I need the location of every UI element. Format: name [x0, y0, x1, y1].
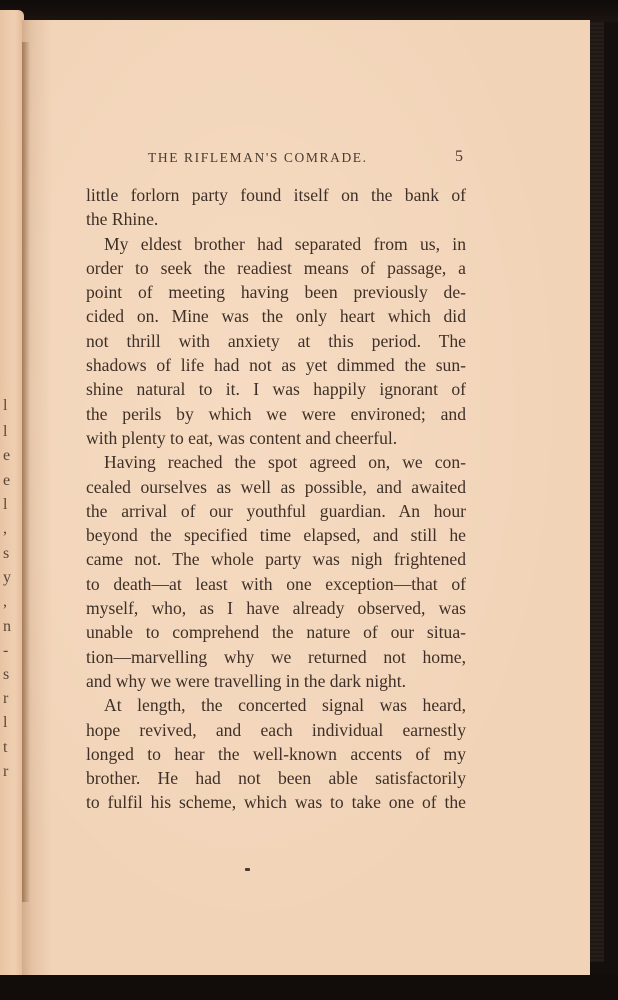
facing-page-glyph: r: [3, 691, 17, 707]
page-number: 5: [455, 148, 463, 166]
text-line: Having reached the spot agreed on, we co…: [86, 450, 466, 474]
text-line: tion—marvelling why we returned not home…: [86, 645, 466, 669]
text-line: beyond the specified time elapsed, and s…: [86, 523, 466, 547]
text-line: hope revived, and each individual earnes…: [86, 718, 466, 742]
text-line: point of meeting having been previously …: [86, 280, 466, 304]
text-line: the Rhine.: [86, 207, 466, 231]
facing-page-glyph: e: [3, 473, 17, 489]
text-line: to death—at least with one exception—tha…: [86, 572, 466, 596]
page-stack-edge: [590, 22, 604, 962]
text-line: myself, who, as I have already observed,…: [86, 596, 466, 620]
text-line: cealed ourselves as well as possible, an…: [86, 475, 466, 499]
background-bottom: [0, 975, 618, 1000]
facing-page-glyph: s: [3, 667, 17, 683]
gutter-shadow: [22, 42, 30, 902]
text-line: My eldest brother had separated from us,…: [86, 232, 466, 256]
facing-page-glyph: y: [3, 570, 17, 586]
facing-page-glyph: l: [3, 398, 17, 414]
text-line: came not. The whole party was nigh frigh…: [86, 547, 466, 571]
text-line: brother. He had not been able satisfacto…: [86, 766, 466, 790]
running-head: THE RIFLEMAN'S COMRADE.: [148, 150, 466, 166]
ink-speck: [245, 868, 250, 871]
text-line: order to seek the readiest means of pass…: [86, 256, 466, 280]
text-line: the perils by which we were environed; a…: [86, 402, 466, 426]
facing-page-glyph: r: [3, 764, 17, 780]
facing-page-edge: lleel,sy,n-srltr: [0, 10, 24, 995]
text-line: cided on. Mine was the only heart which …: [86, 304, 466, 328]
facing-page-glyph: l: [3, 424, 17, 440]
background-top: [0, 0, 618, 22]
text-line: not thrill with anxiety at this period. …: [86, 329, 466, 353]
facing-page-glyph: l: [3, 715, 17, 731]
text-line: to fulfil his scheme, which was to take …: [86, 790, 466, 814]
facing-page-glyph: -: [3, 643, 17, 659]
text-line: and why we were travelling in the dark n…: [86, 669, 466, 693]
facing-page-glyph: ,: [3, 521, 17, 537]
text-line: longed to hear the well-known accents of…: [86, 742, 466, 766]
facing-page-glyph: t: [3, 740, 17, 756]
facing-page-glyph: n: [3, 619, 17, 635]
facing-page-glyph: e: [3, 448, 17, 464]
facing-page-glyph: s: [3, 546, 17, 562]
text-line: the arrival of our youthful guardian. An…: [86, 499, 466, 523]
text-line: little forlorn party found itself on the…: [86, 183, 466, 207]
body-text: little forlorn party found itself on the…: [86, 183, 466, 815]
facing-page-glyph: ,: [3, 594, 17, 610]
text-line: with plenty to eat, was content and chee…: [86, 426, 466, 450]
text-line: shine natural to it. I was happily ignor…: [86, 377, 466, 401]
text-line: At length, the concerted signal was hear…: [86, 693, 466, 717]
text-line: shadows of life had not as yet dimmed th…: [86, 353, 466, 377]
facing-page-glyph: l: [3, 497, 17, 513]
text-line: unable to comprehend the nature of our s…: [86, 620, 466, 644]
